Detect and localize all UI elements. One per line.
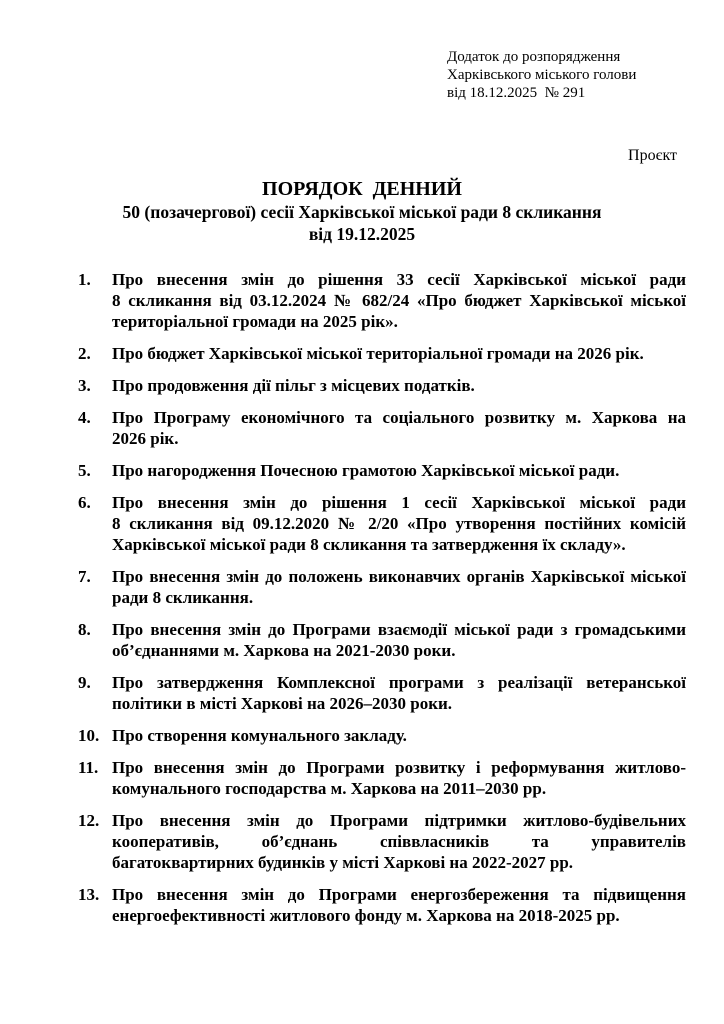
agenda-item: 3. Про продовження дії пільг з місцевих …: [78, 375, 686, 396]
agenda-item: 6. Про внесення змін до рішення 1 сесії …: [78, 492, 686, 555]
item-line: Про Програму економічного та соціального…: [112, 407, 686, 428]
item-text: Про внесення змін до Програми підтримки …: [112, 810, 686, 873]
item-line: Про створення комунального закладу.: [112, 725, 686, 746]
agenda-item: 8. Про внесення змін до Програми взаємод…: [78, 619, 686, 661]
item-number: 8.: [78, 619, 91, 640]
header-annotation: Додаток до розпорядження Харківського мі…: [447, 48, 636, 102]
title-date: від 19.12.2025: [0, 223, 724, 245]
item-line: ради 8 скликання.: [112, 587, 686, 608]
item-number: 2.: [78, 343, 91, 364]
agenda-item: 11. Про внесення змін до Програми розвит…: [78, 757, 686, 799]
item-line: Про внесення змін до рішення 33 сесії Ха…: [112, 269, 686, 290]
annotation-line: від 18.12.2025 № 291: [447, 84, 636, 102]
item-line: Про продовження дії пільг з місцевих под…: [112, 375, 686, 396]
item-text: Про Програму економічного та соціального…: [112, 407, 686, 449]
item-text: Про продовження дії пільг з місцевих под…: [112, 375, 686, 396]
title-main: ПОРЯДОК ДЕННИЙ: [0, 177, 724, 201]
annotation-line: Харківського міського голови: [447, 66, 636, 84]
agenda-list: 1. Про внесення змін до рішення 33 сесії…: [78, 269, 686, 926]
item-text: Про нагородження Почесною грамотою Харкі…: [112, 460, 686, 481]
item-text: Про внесення змін до Програми енергозбер…: [112, 884, 686, 926]
item-line: Про внесення змін до рішення 1 сесії Хар…: [112, 492, 686, 513]
agenda-item: 5. Про нагородження Почесною грамотою Ха…: [78, 460, 686, 481]
item-line: політики в місті Харкові на 2026–2030 ро…: [112, 693, 686, 714]
annotation-line: Додаток до розпорядження: [447, 48, 636, 66]
project-label: Проєкт: [628, 146, 677, 166]
agenda-item: 1. Про внесення змін до рішення 33 сесії…: [78, 269, 686, 332]
item-line: об’єднаннями м. Харкова на 2021-2030 рок…: [112, 640, 686, 661]
item-line: Про внесення змін до Програми розвитку і…: [112, 757, 686, 778]
item-text: Про створення комунального закладу.: [112, 725, 686, 746]
item-line: Про внесення змін до Програми енергозбер…: [112, 884, 686, 905]
item-text: Про внесення змін до Програми розвитку і…: [112, 757, 686, 799]
item-number: 10.: [78, 725, 99, 746]
item-line: 8 скликання від 09.12.2020 № 2/20 «Про у…: [112, 513, 686, 534]
agenda-item: 10. Про створення комунального закладу.: [78, 725, 686, 746]
item-line: Про внесення змін до Програми взаємодії …: [112, 619, 686, 640]
item-line: територіальної громади на 2025 рік».: [112, 311, 686, 332]
item-number: 11.: [78, 757, 98, 778]
agenda-item: 7. Про внесення змін до положень виконав…: [78, 566, 686, 608]
item-number: 13.: [78, 884, 99, 905]
item-number: 1.: [78, 269, 91, 290]
item-number: 5.: [78, 460, 91, 481]
agenda-item: 2. Про бюджет Харківської міської терито…: [78, 343, 686, 364]
item-line: 2026 рік.: [112, 428, 686, 449]
item-line: 8 скликання від 03.12.2024 № 682/24 «Про…: [112, 290, 686, 311]
item-text: Про затвердження Комплексної програми з …: [112, 672, 686, 714]
document-title: ПОРЯДОК ДЕННИЙ 50 (позачергової) сесії Х…: [0, 0, 724, 245]
item-line: енергоефективності житлового фонду м. Ха…: [112, 905, 686, 926]
item-line: Про внесення змін до положень виконавчих…: [112, 566, 686, 587]
item-number: 9.: [78, 672, 91, 693]
agenda-item: 4. Про Програму економічного та соціальн…: [78, 407, 686, 449]
item-line: Про нагородження Почесною грамотою Харкі…: [112, 460, 686, 481]
item-number: 12.: [78, 810, 99, 831]
item-number: 3.: [78, 375, 91, 396]
title-session: 50 (позачергової) сесії Харківської місь…: [0, 201, 724, 223]
agenda-item: 12. Про внесення змін до Програми підтри…: [78, 810, 686, 873]
document-page: Додаток до розпорядження Харківського мі…: [0, 0, 724, 1024]
item-line: комунального господарства м. Харкова на …: [112, 778, 686, 799]
agenda-item: 9. Про затвердження Комплексної програми…: [78, 672, 686, 714]
item-line: багатоквартирних будинків у місті Харков…: [112, 852, 686, 873]
item-text: Про бюджет Харківської міської територіа…: [112, 343, 686, 364]
item-number: 4.: [78, 407, 91, 428]
item-number: 6.: [78, 492, 91, 513]
item-line: кооперативів, об’єднань співвласників та…: [112, 831, 686, 852]
item-line: Харківської міської ради 8 скликання та …: [112, 534, 686, 555]
item-text: Про внесення змін до рішення 1 сесії Хар…: [112, 492, 686, 555]
item-text: Про внесення змін до положень виконавчих…: [112, 566, 686, 608]
item-number: 7.: [78, 566, 91, 587]
item-text: Про внесення змін до Програми взаємодії …: [112, 619, 686, 661]
item-line: Про внесення змін до Програми підтримки …: [112, 810, 686, 831]
item-text: Про внесення змін до рішення 33 сесії Ха…: [112, 269, 686, 332]
item-line: Про бюджет Харківської міської територіа…: [112, 343, 686, 364]
agenda-item: 13. Про внесення змін до Програми енерго…: [78, 884, 686, 926]
item-line: Про затвердження Комплексної програми з …: [112, 672, 686, 693]
